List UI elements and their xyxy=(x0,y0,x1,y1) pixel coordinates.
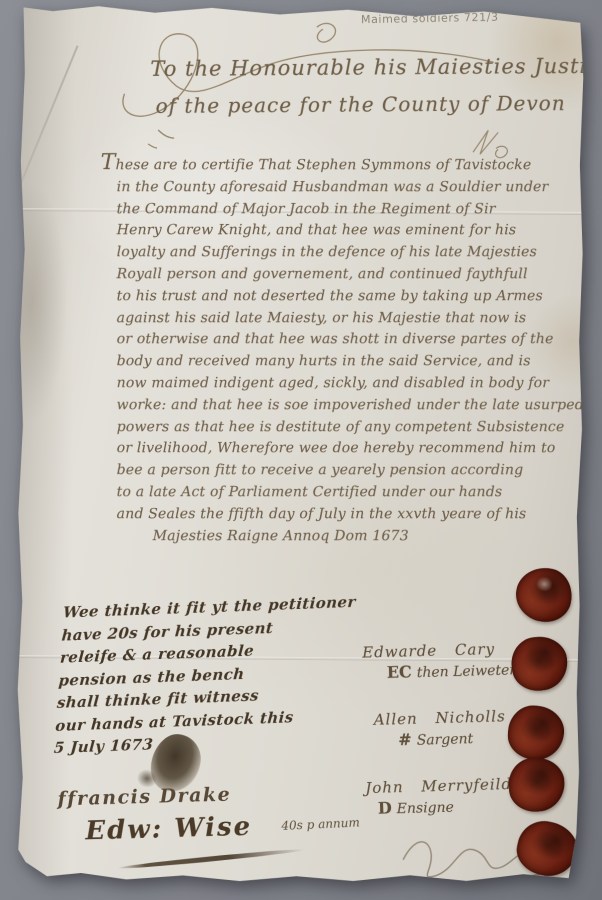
body-line: powers as that hee is destitute of any c… xyxy=(101,417,545,439)
officer-signature-merryfeild: John Merryfeild DEnsigne xyxy=(365,776,513,818)
photograph-background: Maimed soldiers 721/3 To the Honourable … xyxy=(0,0,602,900)
body-line: to a late Act of Parliament Certified un… xyxy=(101,482,545,504)
justices-order-note: Wee thinke it fit yt the petitioner have… xyxy=(53,591,356,760)
signature-francis-drake: ffrancis Drake xyxy=(57,786,231,810)
wax-seal xyxy=(507,756,567,814)
body-line: or otherwise and that hee was shott in d… xyxy=(101,330,545,352)
wax-seal xyxy=(506,704,566,762)
body-line: body and received many hurts in the said… xyxy=(101,351,545,373)
body-line: in the County aforesaid Husbandman was a… xyxy=(101,177,545,199)
body-line: now maimed indigent aged, sickly, and di… xyxy=(101,373,545,395)
body-line: and Seales the ffifth day of July in the… xyxy=(101,504,545,526)
body-line: or livelihood, Wherefore wee doe hereby … xyxy=(101,439,545,461)
officer-name: Allen Nicholls xyxy=(374,708,506,728)
corner-crease xyxy=(12,45,79,203)
certificate-body: These are to certifie That Stephen Symmo… xyxy=(101,152,545,547)
body-line-dateline: Majesties Raigne Annoq Dom 1673 xyxy=(101,526,545,548)
heading-line-2: of the peace for the County of Devon xyxy=(151,93,571,116)
officer-name: John Merryfeild xyxy=(365,776,512,797)
body-line: Henry Carew Knight, and that hee was emi… xyxy=(101,221,545,243)
archival-reference-note: Maimed soldiers 721/3 xyxy=(361,11,499,27)
officer-role: Ensigne xyxy=(397,799,455,817)
signature-edward-wise: Edw: Wise xyxy=(85,814,252,845)
body-line: against his said late Maiesty, or his Ma… xyxy=(101,308,545,330)
body-line: to his trust and not deserted the same b… xyxy=(101,286,545,308)
document-paper: Maimed soldiers 721/3 To the Honourable … xyxy=(13,3,586,887)
body-line: the Command of Major Jacob in the Regime… xyxy=(101,199,545,221)
signature-underline-flourish xyxy=(117,847,305,870)
body-line: These are to certifie That Stephen Symmo… xyxy=(101,152,545,177)
officer-signature-nicholls: Allen Nicholls #Sargent xyxy=(374,708,507,750)
officer-mark: D xyxy=(378,798,392,817)
officer-mark: # xyxy=(398,729,412,748)
body-line: bee a person fitt to receive a yearely p… xyxy=(101,460,545,482)
heading-line-1: To the Honourable his Maiesties Justices xyxy=(150,56,570,80)
body-line: worke: and that hee is soe impoverished … xyxy=(101,395,545,417)
wax-seal xyxy=(512,563,577,626)
paper-sheet: Maimed soldiers 721/3 To the Honourable … xyxy=(13,3,586,887)
body-line: loyalty and Sufferings in the defence of… xyxy=(101,242,545,264)
pension-amount-note: 40s p annum xyxy=(281,815,360,833)
document-heading: To the Honourable his Maiesties Justices… xyxy=(150,56,570,116)
officer-role: Sargent xyxy=(417,731,474,749)
body-line: Royall person and governement, and conti… xyxy=(101,264,545,286)
officer-mark: EC xyxy=(387,662,412,682)
